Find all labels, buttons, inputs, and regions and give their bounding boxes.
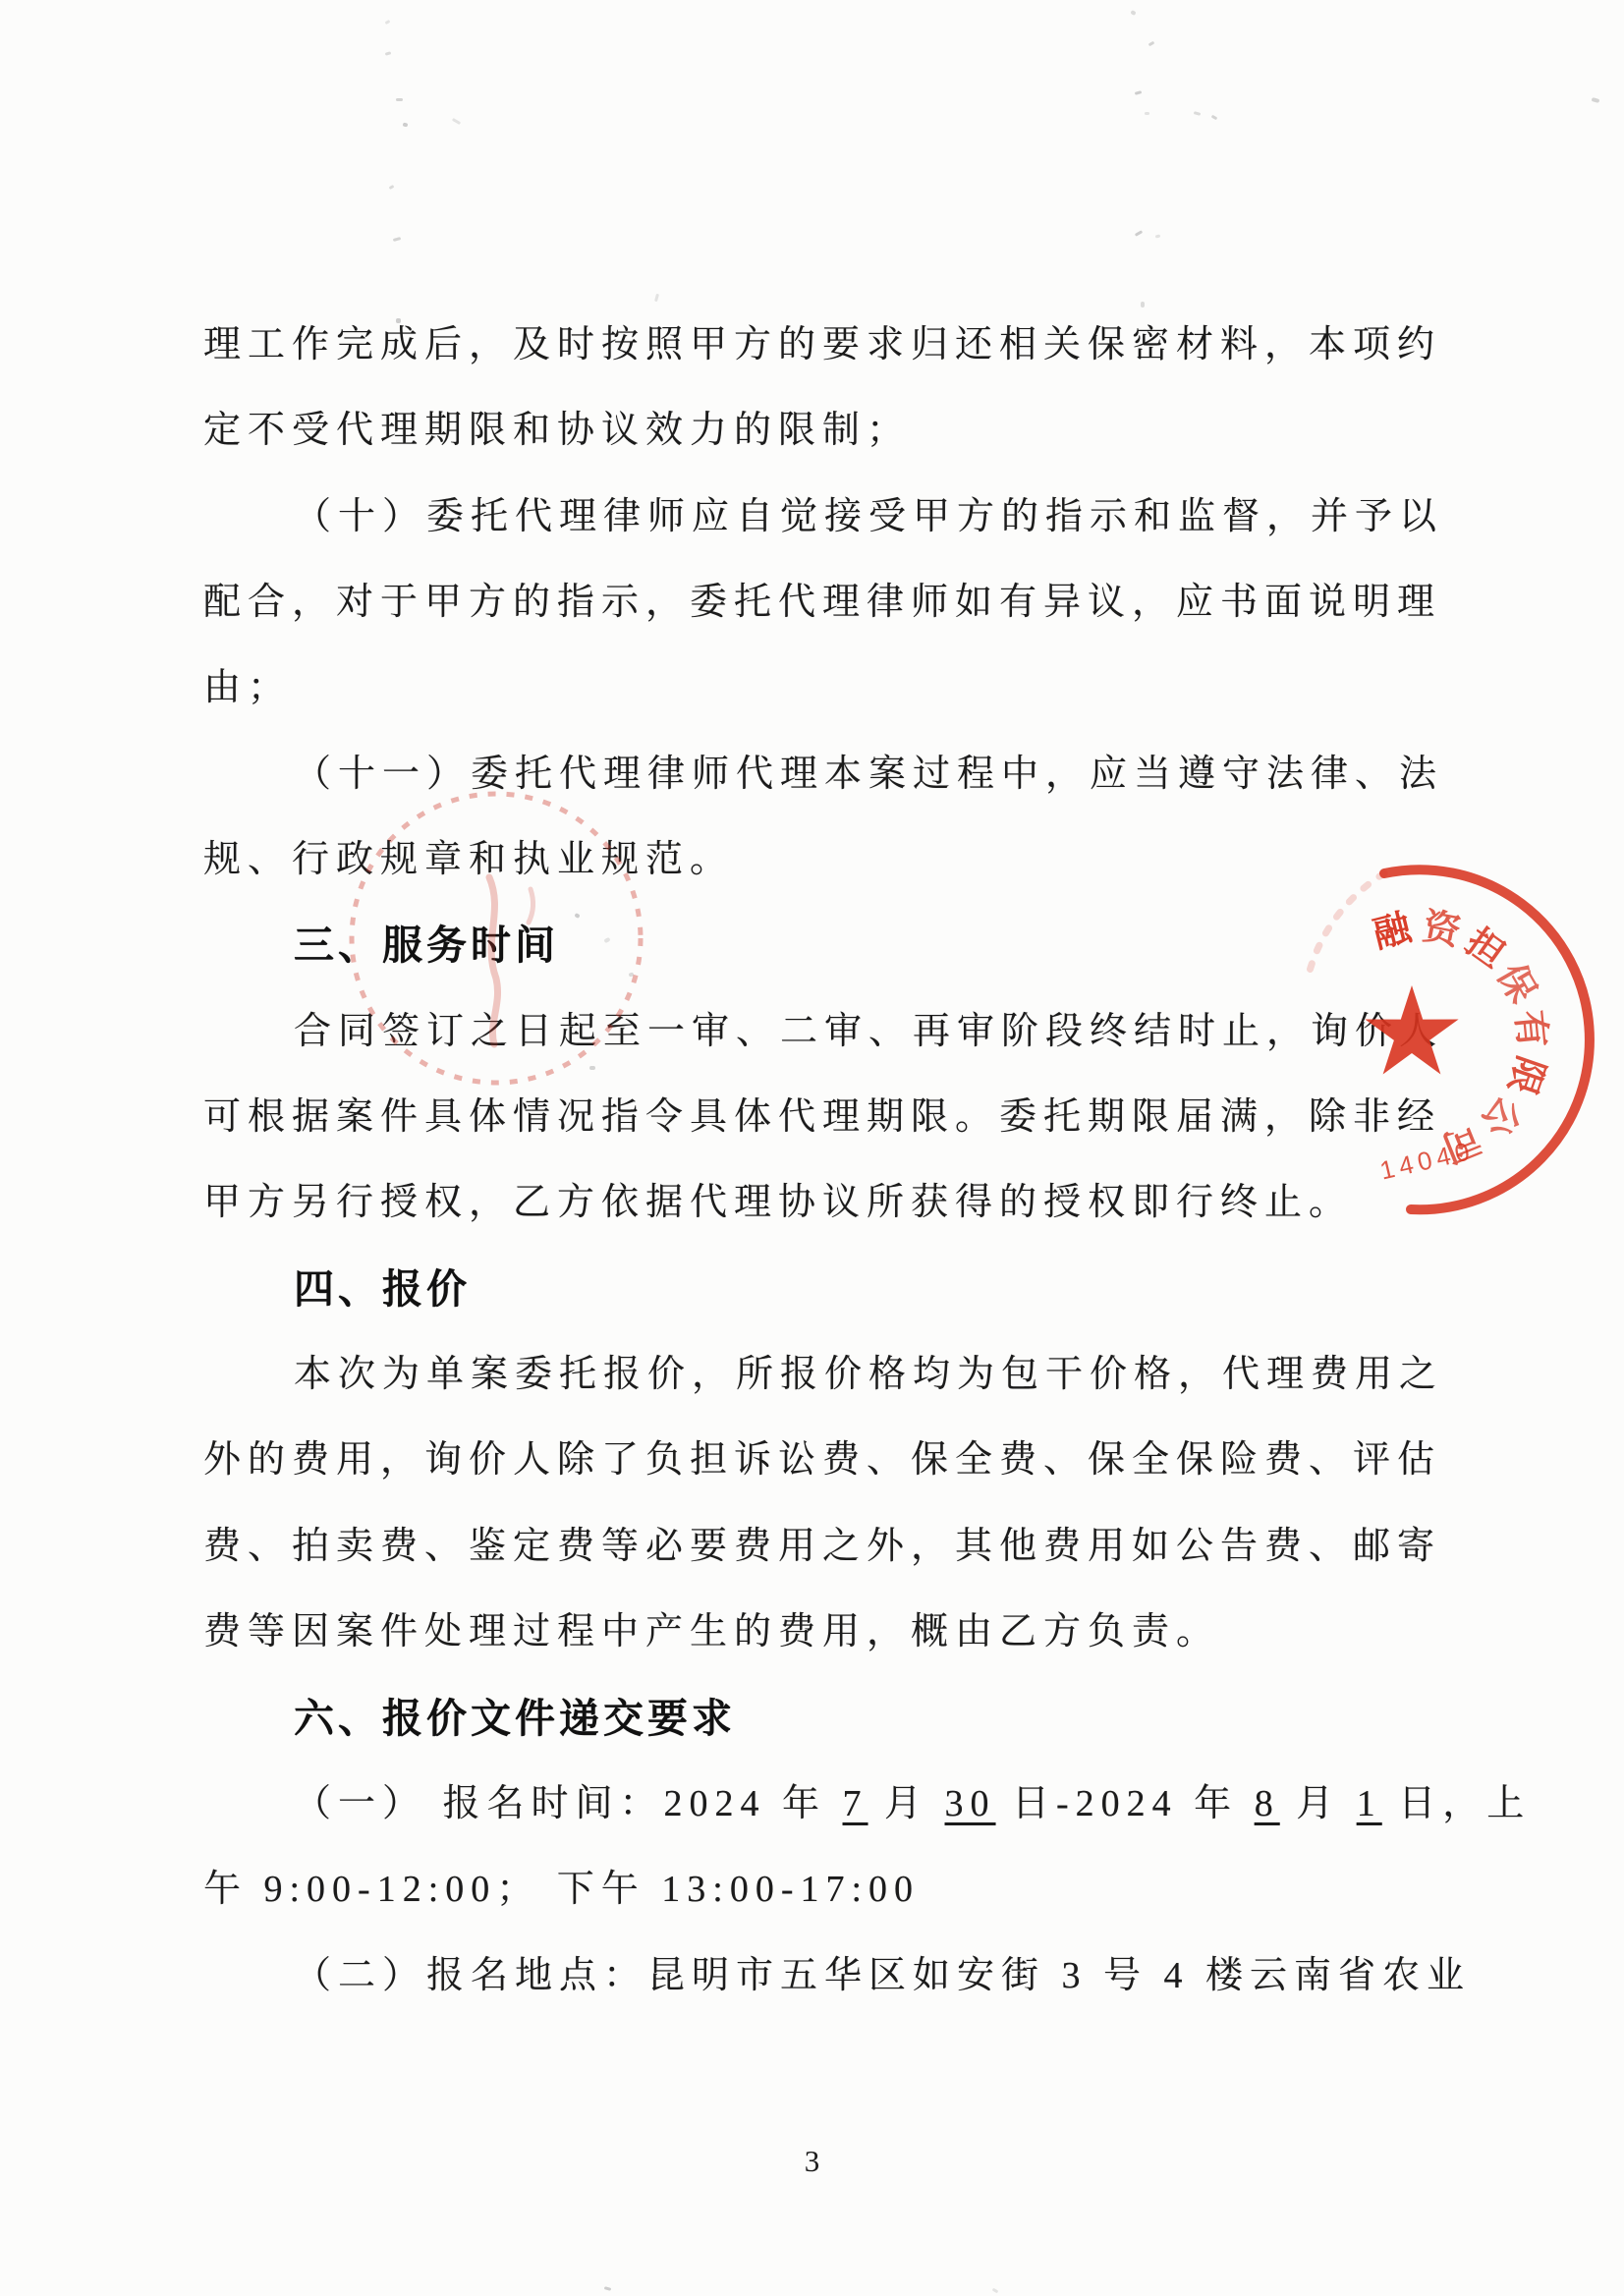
scan-speck [396,318,401,323]
scan-speck [396,98,403,101]
stamp-graphic [0,0,1624,2296]
faint-stamp-circle [352,794,641,1083]
document-page: 理工作完成后，及时按照甲方的要求归还相关保密材料，本项约定不受代理期限和协议效力… [0,0,1624,2296]
company-seal-ring [1307,869,1590,1209]
seal-star-icon [1365,985,1458,1075]
scan-speck [589,1066,595,1070]
scan-speck [1141,302,1145,308]
scan-speck [1145,112,1149,115]
